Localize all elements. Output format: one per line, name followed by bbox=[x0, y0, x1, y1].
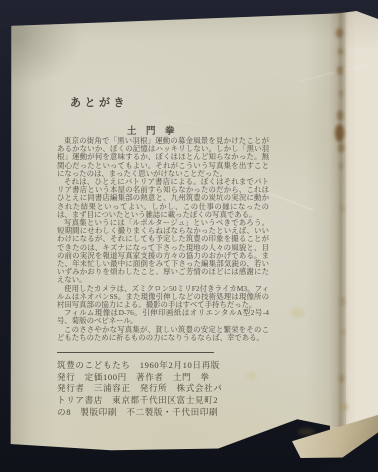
colophon-line: トリア書店 東京都千代田区富士見町2 bbox=[57, 395, 223, 407]
foxing-spot bbox=[340, 296, 345, 307]
author-name: 土 門 拳 bbox=[127, 123, 175, 137]
body-paragraph: 使用したカメラは、ズミクロン50ミリF2付きライカM3。フィルムはネオパンSS。… bbox=[57, 285, 269, 310]
colophon-line: 筑豊のこどもたち 1960年2月10日再版 bbox=[57, 360, 223, 372]
colophon-line: の8 製版印刷 不二製版・千代田印刷 bbox=[57, 407, 223, 419]
stain-spot bbox=[290, 308, 305, 318]
foxing-spot bbox=[342, 403, 348, 411]
divider-rule bbox=[57, 352, 214, 353]
foxing-spot bbox=[340, 205, 344, 212]
afterword-body: 東京の街角で「黒い羽根」運動の募金風景を見かけたことがあるかないか、ぼくの記憶は… bbox=[57, 137, 269, 342]
colophon: 筑豊のこどもたち 1960年2月10日再版 発行 定価100円 著作者 土門 拳… bbox=[57, 360, 223, 419]
body-paragraph: 写真集というには「ルポルタージュ」というべきであろう。短期間にせわしく撮りまくら… bbox=[57, 219, 269, 285]
colophon-line: 発行者 三浦容正 発行所 株式会社パ bbox=[57, 383, 223, 395]
foxing-spot bbox=[339, 374, 344, 383]
foxing-spot bbox=[338, 143, 344, 153]
page-title: あとがき bbox=[70, 94, 128, 110]
foxing-spot bbox=[341, 328, 345, 337]
body-paragraph: それは、ひとえにパトリア書店による。ぼくはそれまでパトリア書店という本屋の名前す… bbox=[57, 178, 269, 219]
book-photo: あとがき 土 門 拳 東京の街角で「黒い羽根」運動の募金風景を見かけたことがある… bbox=[0, 0, 378, 472]
foxing-spot bbox=[336, 28, 343, 38]
foxing-spot bbox=[337, 66, 343, 75]
foxing-spot bbox=[339, 163, 343, 169]
body-paragraph: このささやかな写真集が、貧しい筑豊の安定と繁栄をそのこどもたちのために祈るものの… bbox=[57, 326, 269, 342]
afterword-text-block: あとがき 土 門 拳 東京の街角で「黒い羽根」運動の募金風景を見かけたことがある… bbox=[57, 94, 269, 424]
foxing-spot bbox=[337, 110, 343, 121]
foxing-spot bbox=[339, 90, 343, 97]
colophon-line: 発行 定価100円 著作者 土門 拳 bbox=[57, 372, 223, 384]
foxing-spot bbox=[335, 124, 344, 142]
stain-spot bbox=[298, 428, 315, 436]
body-paragraph: フィルム現像はD-76。引伸印画紙はオリエンタルA型2号-4号、菊版のベビネール… bbox=[57, 309, 269, 325]
body-paragraph: 東京の街角で「黒い羽根」運動の募金風景を見かけたことがあるかないか、ぼくの記憶は… bbox=[57, 137, 269, 178]
stain-spot bbox=[246, 372, 257, 380]
foxing-spot bbox=[338, 48, 343, 55]
